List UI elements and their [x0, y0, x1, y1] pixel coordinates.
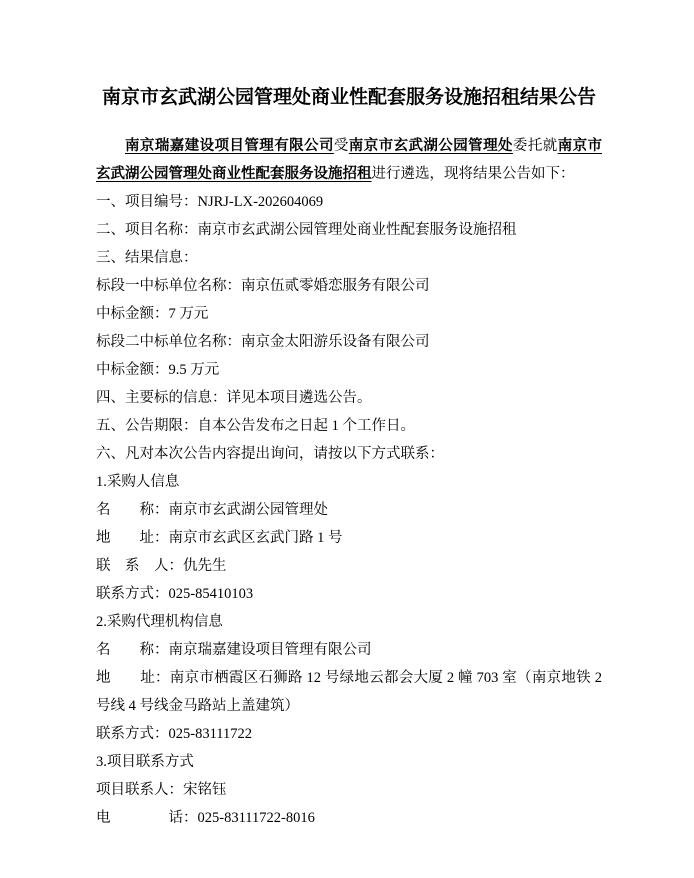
line-agency-name: 名 称：南京瑞嘉建设项目管理有限公司 — [96, 636, 602, 664]
intro-tail: 进行遴选，现将结果公告如下： — [372, 166, 575, 182]
line-subject-info: 四、主要标的信息：详见本项目遴选公告。 — [96, 384, 602, 412]
line-section1-amount: 中标金额：7 万元 — [96, 300, 602, 328]
intro-connector-2: 委托就 — [513, 138, 558, 154]
line-purchaser-contact-person: 联 系 人：仇先生 — [96, 552, 602, 580]
line-section2-amount: 中标金额：9.5 万元 — [96, 356, 602, 384]
line-purchaser-address: 地 址：南京市玄武区玄武门路 1 号 — [96, 524, 602, 552]
intro-purchaser-name: 南京市玄武湖公园管理处 — [349, 138, 513, 154]
line-section2-winner: 标段二中标单位名称：南京金太阳游乐设备有限公司 — [96, 328, 602, 356]
intro-paragraph: 南京瑞嘉建设项目管理有限公司受南京市玄武湖公园管理处委托就南京市玄武湖公园管理处… — [96, 132, 602, 188]
intro-connector-1: 受 — [334, 138, 349, 154]
line-project-contact-person: 项目联系人：宋铭钰 — [96, 776, 602, 804]
line-purchaser-name: 名 称：南京市玄武湖公园管理处 — [96, 496, 602, 524]
document-page: 南京市玄武湖公园管理处商业性配套服务设施招租结果公告 南京瑞嘉建设项目管理有限公… — [0, 0, 694, 878]
line-inquiry-instruction: 六、凡对本次公告内容提出询问，请按以下方式联系： — [96, 440, 602, 468]
line-project-number: 一、项目编号：NJRJ-LX-202604069 — [96, 188, 602, 216]
line-project-phone: 电 话：025-83111722-8016 — [96, 804, 602, 832]
line-result-info-heading: 三、结果信息： — [96, 244, 602, 272]
line-agency-contact-number: 联系方式：025-83111722 — [96, 720, 602, 748]
line-purchaser-contact-number: 联系方式：025-85410103 — [96, 580, 602, 608]
line-project-name: 二、项目名称：南京市玄武湖公园管理处商业性配套服务设施招租 — [96, 216, 602, 244]
intro-agency-name: 南京瑞嘉建设项目管理有限公司 — [125, 138, 334, 154]
line-announcement-period: 五、公告期限：自本公告发布之日起 1 个工作日。 — [96, 412, 602, 440]
line-project-contact-heading: 3.项目联系方式 — [96, 748, 602, 776]
line-agency-info-heading: 2.采购代理机构信息 — [96, 608, 602, 636]
line-section1-winner: 标段一中标单位名称：南京伍贰零婚恋服务有限公司 — [96, 272, 602, 300]
page-title: 南京市玄武湖公园管理处商业性配套服务设施招租结果公告 — [96, 84, 602, 112]
line-purchaser-info-heading: 1.采购人信息 — [96, 468, 602, 496]
line-agency-address: 地 址：南京市栖霞区石狮路 12 号绿地云都会大厦 2 幢 703 室（南京地铁… — [96, 664, 602, 720]
